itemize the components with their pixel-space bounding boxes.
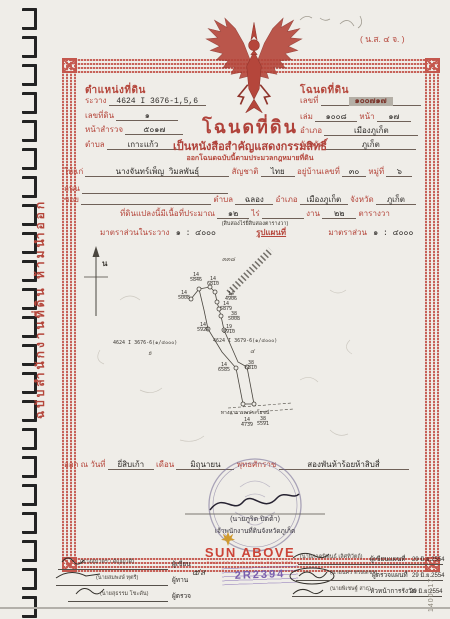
issue-month-label: เดือน: [156, 460, 174, 469]
survey-plot-map: น ๓๓๘ 4624 I 3676-6(๑/๔๐๐๐) ธ 4624 I 367…: [60, 242, 440, 462]
left-sig-role-2: ผู้ทาน: [172, 575, 188, 585]
house-label: อยู่บ้านเลขที่: [297, 167, 340, 176]
field-deed-no: เลขที่ ๑๐๐๗๑๗: [300, 95, 421, 106]
sheet-ref-right: 4624 I 3679-6(๑/๔๐๐๐): [213, 338, 277, 344]
right-sig-name-2: (นายนคร ทรงเดชา): [330, 569, 377, 577]
wa-value: ๒๒: [334, 210, 345, 219]
scale-row: มาตราส่วนในระวาง ๑ : ๔๐๐๐ รูปแผนที่ มาตร…: [100, 227, 413, 239]
side-margin-note: ฉบับสำนักงานที่ดิน ห้ามนำออก: [30, 168, 50, 450]
survey-monument: [241, 402, 245, 406]
soi-label: ซอย: [64, 195, 79, 204]
wa-label: ตารางวา: [358, 209, 389, 218]
left-sig-name-3: (นายสุธรรม โชะดัน): [100, 590, 148, 598]
right-sig-role-2: ผู้ตรวจแผนที่: [372, 570, 408, 580]
signature-line: [68, 601, 168, 602]
border-corner-rosette: [62, 58, 77, 73]
survey-monument: [213, 290, 217, 294]
road-dashed-line: [228, 403, 292, 408]
binding-ring-icon: [22, 64, 37, 86]
field-rawang: ระวาง 4624 I 3676-1,5,6: [85, 95, 206, 106]
map-handwritten-note: ๓๓๘: [222, 257, 236, 263]
tambon-value2: ฉลอง: [245, 196, 264, 205]
grantee-row: ให้แก่ นางจันทร์เพ็ญ วิมลพันธุ์ สัญชาติ …: [64, 166, 412, 177]
left-sig-role-1: ผู้เขียน: [172, 559, 191, 569]
area-label: ที่ดินแปลงนี้มีเนื้อที่ประมาณ: [120, 209, 215, 218]
province-label2: จังหวัด: [350, 195, 374, 204]
signature-line: [296, 580, 443, 581]
left-sig-name-2: (นายสมพงษ์ ทุตรี): [96, 574, 138, 582]
map-scale-label: มาตราส่วน: [328, 228, 367, 237]
nationality-value: ไทย: [271, 168, 285, 177]
binding-ring-icon: [22, 456, 37, 478]
binding-ring-icon: [22, 8, 37, 30]
binding-ring-icon: [22, 92, 37, 114]
survey-point-label: 146810: [207, 276, 219, 287]
binding-ring-icon: [22, 120, 37, 142]
moo-value: ๖: [397, 168, 402, 177]
road-row: ถนน: [64, 183, 228, 194]
signature-line: [292, 596, 442, 597]
nationality-label: สัญชาติ: [232, 167, 259, 176]
right-sig-name-3: (นายพิเชษฐ์ สาธุ): [330, 585, 371, 593]
road-label: ถนน: [64, 184, 80, 193]
house-no-value: ๓๐: [349, 168, 359, 177]
map-scale-value: ๑ : ๔๐๐๐: [373, 229, 413, 238]
signature-line: [58, 569, 168, 570]
deed-statute-line: ออกโฉนดฉบับนี้ตามประมวลกฎหมายที่ดิน: [80, 153, 420, 164]
survey-point-label: 146585: [218, 362, 230, 373]
rai-value: ๑๒: [228, 210, 238, 219]
survey-point-label: 144739: [241, 417, 253, 428]
sheet-ref-left-hw: ธ: [148, 351, 152, 357]
sheet-ref-left: 4624 I 3676-6(๑/๔๐๐๐): [113, 340, 177, 346]
binding-ring-icon: [22, 36, 37, 58]
sheet-ref-right-hw: ๔: [250, 349, 256, 355]
deed-no-label: เลขที่: [300, 96, 318, 105]
soi-row: ซอย ตำบล ฉลอง อำเภอ เมืองภูเก็ต จังหวัด …: [64, 194, 416, 205]
survey-monument: [252, 402, 256, 406]
survey-monument: [234, 366, 238, 370]
survey-point-label: 195910: [223, 324, 235, 335]
amphoe-value2: เมืองภูเก็ต: [306, 196, 341, 205]
amphoe-label2: อำเภอ: [276, 195, 298, 204]
scanner-edge-line: [0, 607, 450, 609]
survey-monument: [197, 287, 201, 291]
left-sig-role-3: ผู้ตรวจ: [172, 591, 191, 601]
officer-signature: [210, 494, 299, 510]
form-code: ( น.ส. ๔ จ. ): [360, 32, 405, 46]
rai-label: ไร่: [251, 209, 259, 218]
land-title-deed-page: ( น.ส. ๔ จ. ) ฉบับสำนักงานที่ดิน ห้ามนำอ…: [0, 0, 450, 619]
north-label: น: [102, 259, 108, 268]
sun-above-logo-icon: [220, 532, 236, 546]
right-sig-date-1: 29 มิ.ย.2554: [412, 554, 445, 564]
signature-line: [56, 585, 168, 586]
binding-ring-icon: [22, 568, 37, 590]
issue-prefix: ออก ณ วันที่: [64, 460, 106, 469]
moo-label: หมู่ที่: [368, 167, 384, 176]
ngan-label: งาน: [306, 209, 320, 218]
public-road-label: ทางสาธารณประโยชน์: [221, 409, 270, 416]
issue-day: ยี่สิบเก้า: [117, 461, 144, 470]
map-heading: รูปแผนที่: [256, 228, 286, 237]
officer-name: (นายภูริต ปิตต้า): [175, 514, 335, 525]
survey-point-label: 386810: [245, 360, 257, 371]
right-sig-role-1: ผู้เขียนแผนที่: [370, 554, 405, 564]
survey-point-label: 385008: [228, 311, 240, 322]
sheet-scale-label: มาตราส่วนในระวาง: [100, 228, 169, 237]
sheet-scale-value: ๑ : ๔๐๐๐: [176, 229, 216, 238]
binding-ring-icon: [22, 540, 37, 562]
grantee-label: ให้แก่: [64, 167, 83, 176]
grantee-name: นางจันทร์เพ็ญ วิมลพันธุ์: [116, 168, 200, 177]
rawang-value: 4624 I 3676-1,5,6: [116, 97, 198, 106]
officer-title: เจ้าพนักงานที่ดินจังหวัดภูเก็ต: [175, 526, 335, 536]
binding-ring-icon: [22, 512, 37, 534]
rawang-label: ระวาง: [85, 96, 106, 105]
right-sig-date-3: 29 มิ.ย.2554: [410, 586, 443, 596]
garuda-emblem-icon: [202, 16, 306, 116]
binding-ring-icon: [22, 484, 37, 506]
survey-point-label: 145008: [178, 290, 190, 301]
survey-monument: [215, 300, 219, 304]
parcel-boundary: [199, 287, 215, 292]
survey-monument: [219, 314, 223, 318]
tambon-label2: ตำบล: [213, 195, 233, 204]
left-sig-name-1: (นางสุมาตรา ดัญญวดี): [80, 558, 134, 566]
signature-line: [298, 564, 443, 565]
deed-no-value: ๑๐๐๗๑๗: [349, 97, 393, 106]
province-value2: ภูเก็ต: [387, 196, 405, 205]
survey-point-label: 385591: [257, 416, 269, 427]
border-corner-rosette: [425, 58, 440, 73]
hatched-road: [229, 250, 271, 293]
right-sig-name-1: (นายภาคนิพนธ์ เลิศทิวัตถ์): [300, 553, 363, 561]
binding-ring-icon: [22, 148, 37, 170]
north-arrow-icon: [84, 246, 108, 316]
survey-point-label: 145846: [190, 272, 202, 283]
area-row: ที่ดินแปลงนี้มีเนื้อที่ประมาณ ๑๒ ไร่ งาน…: [120, 208, 390, 219]
